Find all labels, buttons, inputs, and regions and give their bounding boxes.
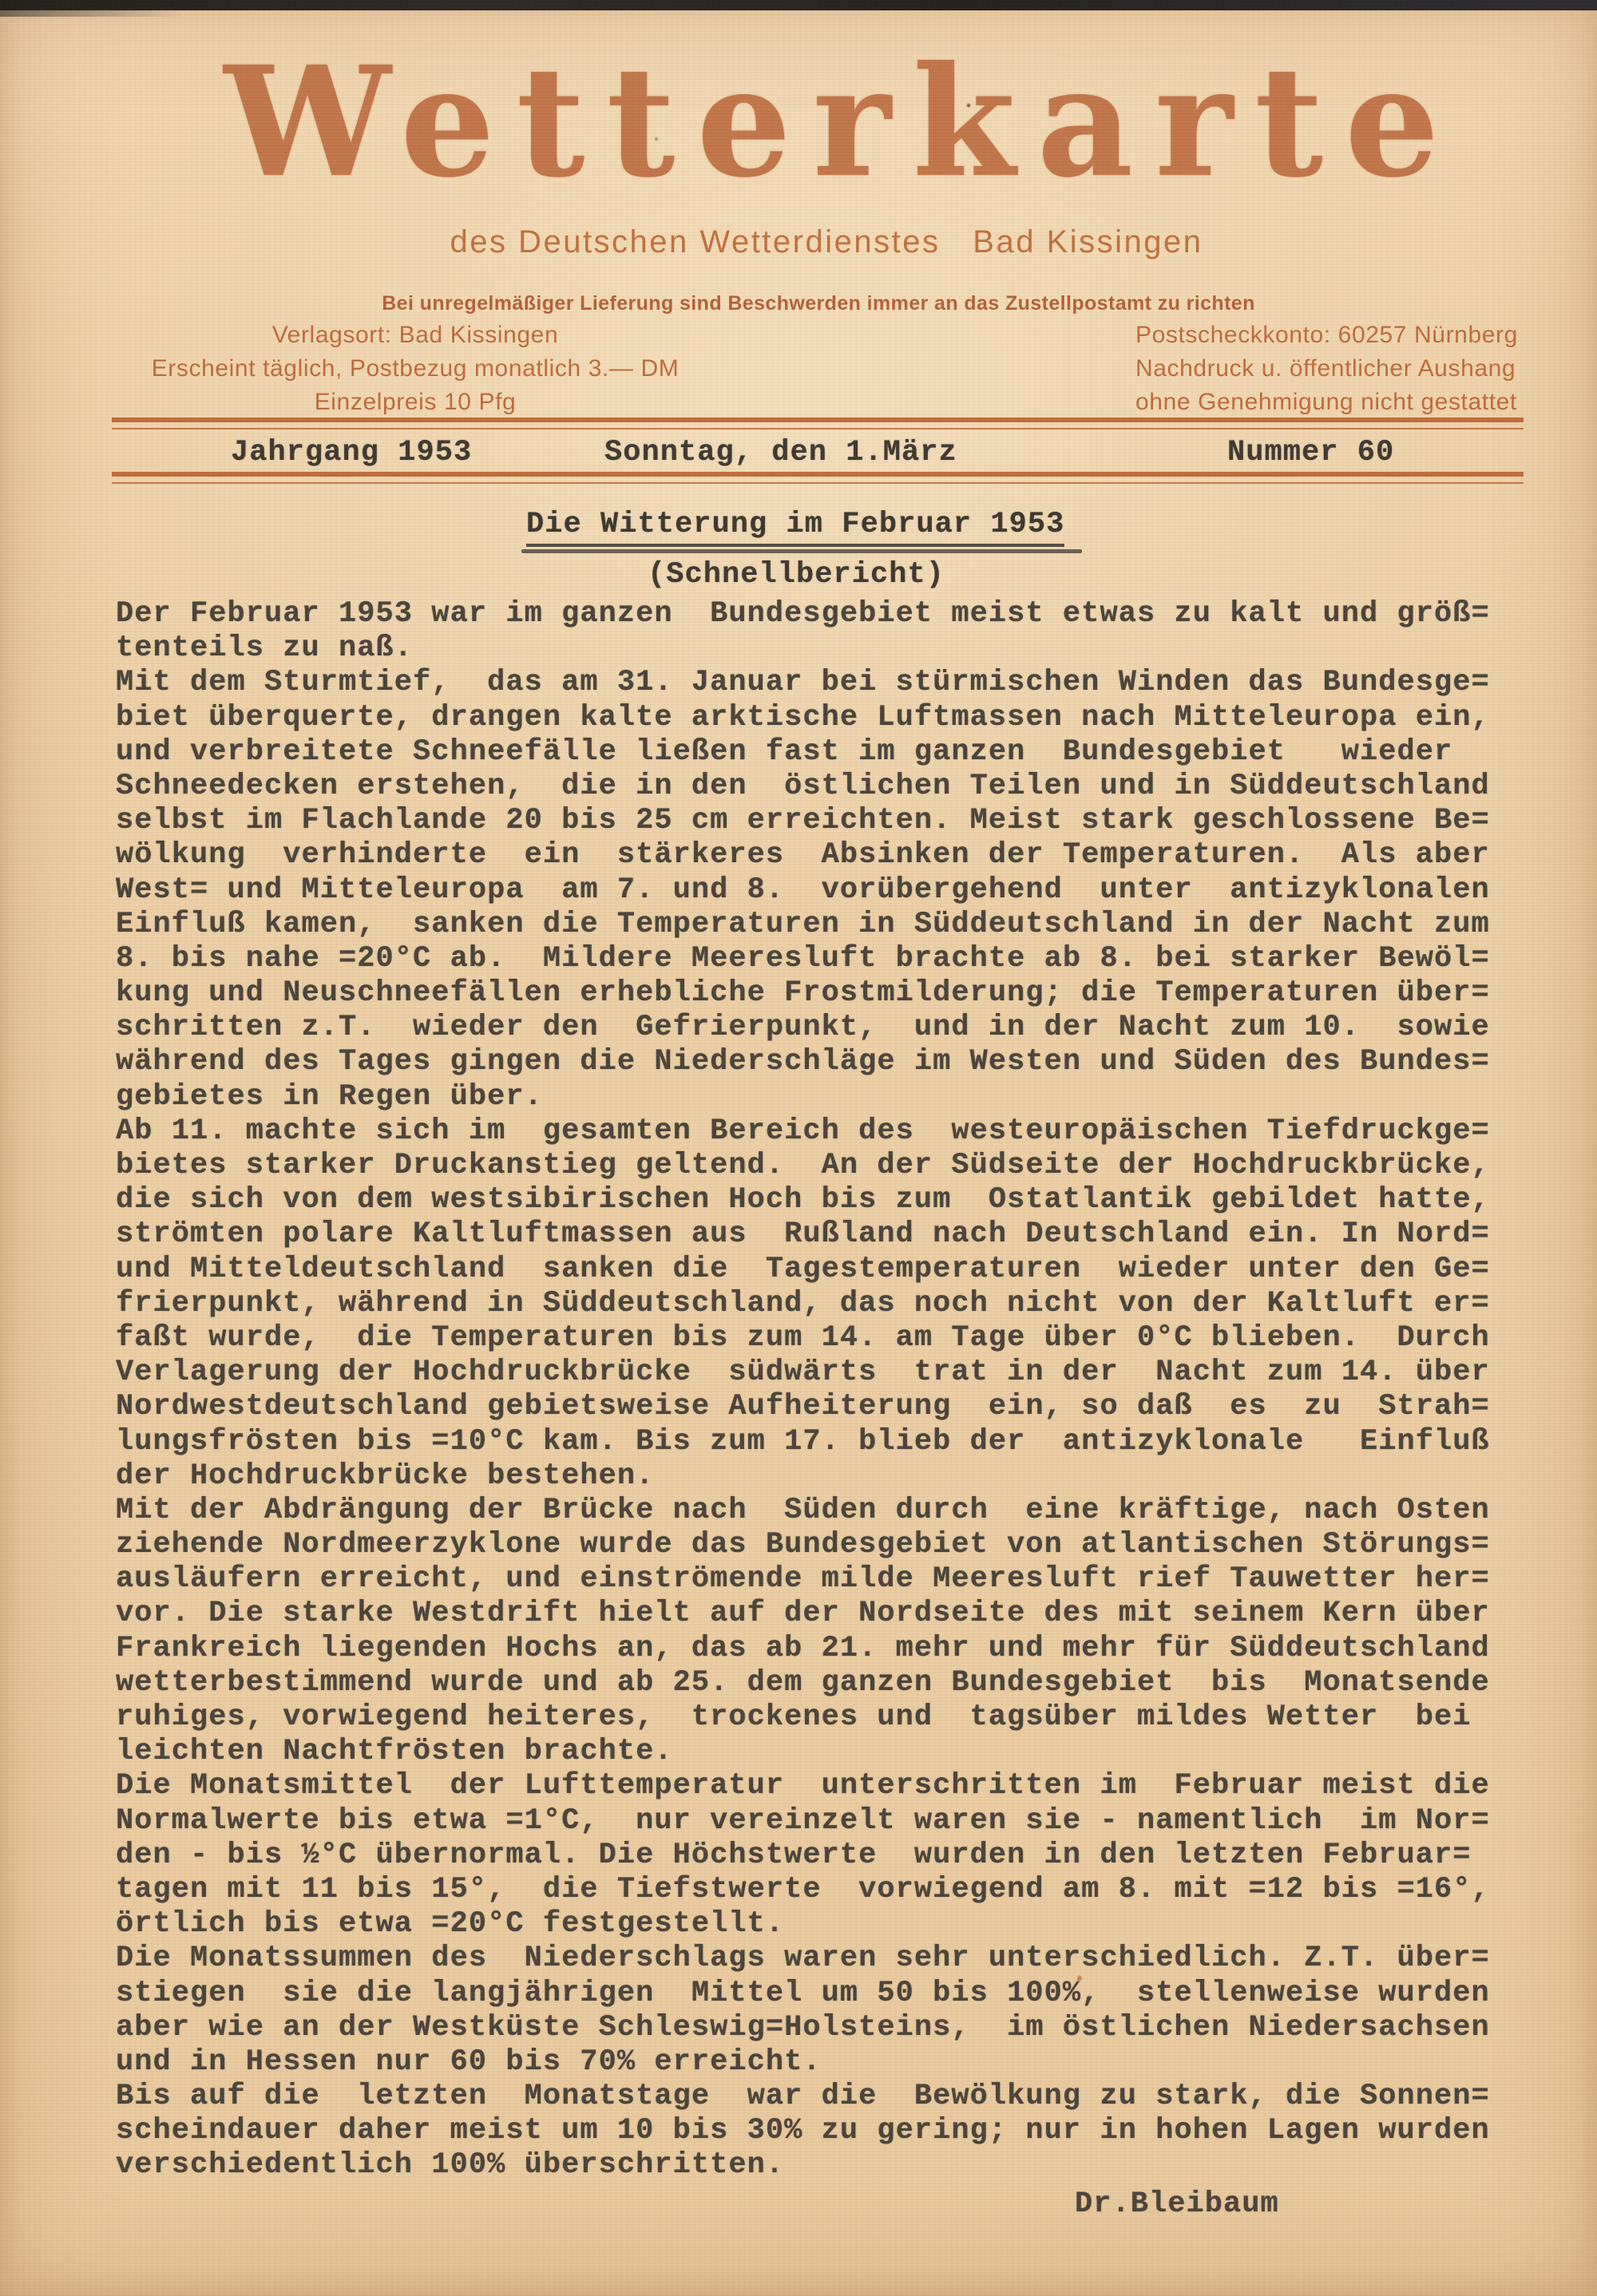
- imprint-reprint-line: Nachdruck u. öffentlicher Aushang: [1135, 352, 1551, 386]
- body-line: ausläufern erreicht, und einströmende mi…: [116, 1562, 1490, 1597]
- body-line: der Hochdruckbrücke bestehen.: [116, 1459, 1490, 1494]
- scanned-document-page: Wetterkarte des Deutschen Wetterdienstes…: [0, 0, 1597, 2296]
- body-line: kung und Neuschneefällen erhebliche Fros…: [116, 976, 1490, 1011]
- imprint-right-block: Postscheckkonto: 60257 Nürnberg Nachdruc…: [1135, 319, 1551, 419]
- body-line: den - bis ½°C übernormal. Die Höchstwert…: [116, 1839, 1490, 1873]
- author-signature: Dr.Bleibaum: [1075, 2187, 1279, 2221]
- top-rule-thick: [112, 418, 1524, 422]
- body-line: wetterbestimmend wurde und ab 25. dem ga…: [116, 1666, 1490, 1700]
- body-line: Mit der Abdrängung der Brücke nach Süden…: [116, 1494, 1490, 1528]
- body-line: während des Tages gingen die Niederschlä…: [116, 1045, 1490, 1079]
- body-line: und verbreitete Schneefälle ließen fast …: [116, 735, 1490, 770]
- imprint-left-block: Verlagsort: Bad Kissingen Erscheint tägl…: [140, 319, 691, 419]
- body-line: wölkung verhinderte ein stärkeres Absink…: [116, 838, 1490, 873]
- body-line: vor. Die starke Westdrift hielt auf der …: [116, 1597, 1490, 1631]
- body-line: 8. bis nahe =20°C ab. Mildere Meeresluft…: [116, 942, 1490, 976]
- body-line: Normalwerte bis etwa =1°C, nur vereinzel…: [116, 1804, 1490, 1839]
- issue-date: Sonntag, den 1.März: [604, 436, 957, 469]
- body-line: stiegen sie die langjährigen Mittel um 5…: [116, 1977, 1490, 2011]
- body-line: selbst im Flachlande 20 bis 25 cm erreic…: [116, 804, 1490, 838]
- body-line: verschiedentlich 100% überschritten.: [116, 2148, 1490, 2183]
- body-line: aber wie an der Westküste Schleswig=Hols…: [116, 2011, 1490, 2045]
- body-line: Schneedecken erstehen, die in den östlic…: [116, 770, 1490, 804]
- body-line: gebietes in Regen über.: [116, 1080, 1490, 1114]
- top-rule-thin: [112, 428, 1524, 430]
- body-line: Nordwestdeutschland gebietsweise Aufheit…: [116, 1390, 1490, 1424]
- body-line: West= und Mitteleuropa am 7. und 8. vorü…: [116, 873, 1490, 908]
- body-line: Die Monatssummen des Niederschlags waren…: [116, 1942, 1490, 1976]
- scanner-edge-shadow: [0, 0, 1597, 10]
- bottom-rule-thick: [112, 472, 1524, 477]
- body-line: biet überquerte, drangen kalte arktische…: [116, 701, 1490, 735]
- body-line: Einfluß kamen, sanken die Temperaturen i…: [116, 908, 1490, 942]
- delivery-notice: Bei unregelmäßiger Lieferung sind Beschw…: [382, 292, 1255, 315]
- body-line: Der Februar 1953 war im ganzen Bundesgeb…: [116, 597, 1490, 631]
- imprint-price-line: Einzelpreis 10 Pfg: [140, 386, 691, 419]
- body-line: und in Hessen nur 60 bis 70% erreicht.: [116, 2045, 1490, 2080]
- body-line: leichten Nachtfrösten brachte.: [116, 1735, 1490, 1769]
- title-underline-rule: [521, 549, 1082, 553]
- masthead-subtitle: des Deutschen Wetterdienstes Bad Kissing…: [450, 224, 1203, 260]
- body-line: Frankreich liegenden Hochs an, das ab 21…: [116, 1632, 1490, 1666]
- body-line: ruhiges, vorwiegend heiteres, trockenes …: [116, 1700, 1490, 1735]
- imprint-publisher-line: Verlagsort: Bad Kissingen: [140, 319, 691, 352]
- body-line: Die Monatsmittel der Lufttemperatur unte…: [116, 1769, 1490, 1803]
- body-line: örtlich bis etwa =20°C festgestellt.: [116, 1907, 1490, 1942]
- issue-number: Nummer 60: [1227, 436, 1394, 469]
- body-line: bietes starker Druckanstieg geltend. An …: [116, 1149, 1490, 1183]
- body-line: schritten z.T. wieder den Gefrierpunkt, …: [116, 1011, 1490, 1045]
- body-line: ziehende Nordmeerzyklone wurde das Bunde…: [116, 1528, 1490, 1562]
- report-subtitle: (Schnellbericht): [526, 558, 1066, 592]
- body-line: tenteils zu naß.: [116, 631, 1490, 666]
- imprint-subscription-line: Erscheint täglich, Postbezug monatlich 3…: [140, 352, 691, 386]
- body-line: die sich von dem westsibirischen Hoch bi…: [116, 1183, 1490, 1217]
- body-line: faßt wurde, die Temperaturen bis zum 14.…: [116, 1321, 1490, 1356]
- body-line: frierpunkt, während in Süddeutschland, d…: [116, 1287, 1490, 1321]
- bottom-rule-thin: [112, 482, 1524, 484]
- body-line: Ab 11. machte sich im gesamten Bereich d…: [116, 1114, 1490, 1149]
- body-line: Mit dem Sturmtief, das am 31. Januar bei…: [116, 666, 1490, 700]
- issue-volume: Jahrgang 1953: [231, 436, 472, 469]
- body-line: und Mitteldeutschland sanken die Tageste…: [116, 1253, 1490, 1287]
- imprint-account-line: Postscheckkonto: 60257 Nürnberg: [1135, 319, 1551, 352]
- report-body: Der Februar 1953 war im ganzen Bundesgeb…: [116, 597, 1490, 2183]
- masthead-title: Wetterkarte: [0, 46, 1597, 198]
- body-line: Bis auf die letzten Monatstage war die B…: [116, 2080, 1490, 2114]
- imprint-permission-line: ohne Genehmigung nicht gestattet: [1135, 386, 1551, 419]
- body-line: tagen mit 11 bis 15°, die Tiefstwerte vo…: [116, 1873, 1490, 1907]
- body-line: lungsfrösten bis =10°C kam. Bis zum 17. …: [116, 1425, 1490, 1459]
- body-line: Verlagerung der Hochdruckbrücke südwärts…: [116, 1356, 1490, 1390]
- report-title: Die Witterung im Februar 1953: [526, 508, 1064, 547]
- body-line: strömten polare Kaltluftmassen aus Rußla…: [116, 1217, 1490, 1252]
- body-line: scheindauer daher meist um 10 bis 30% zu…: [116, 2114, 1490, 2148]
